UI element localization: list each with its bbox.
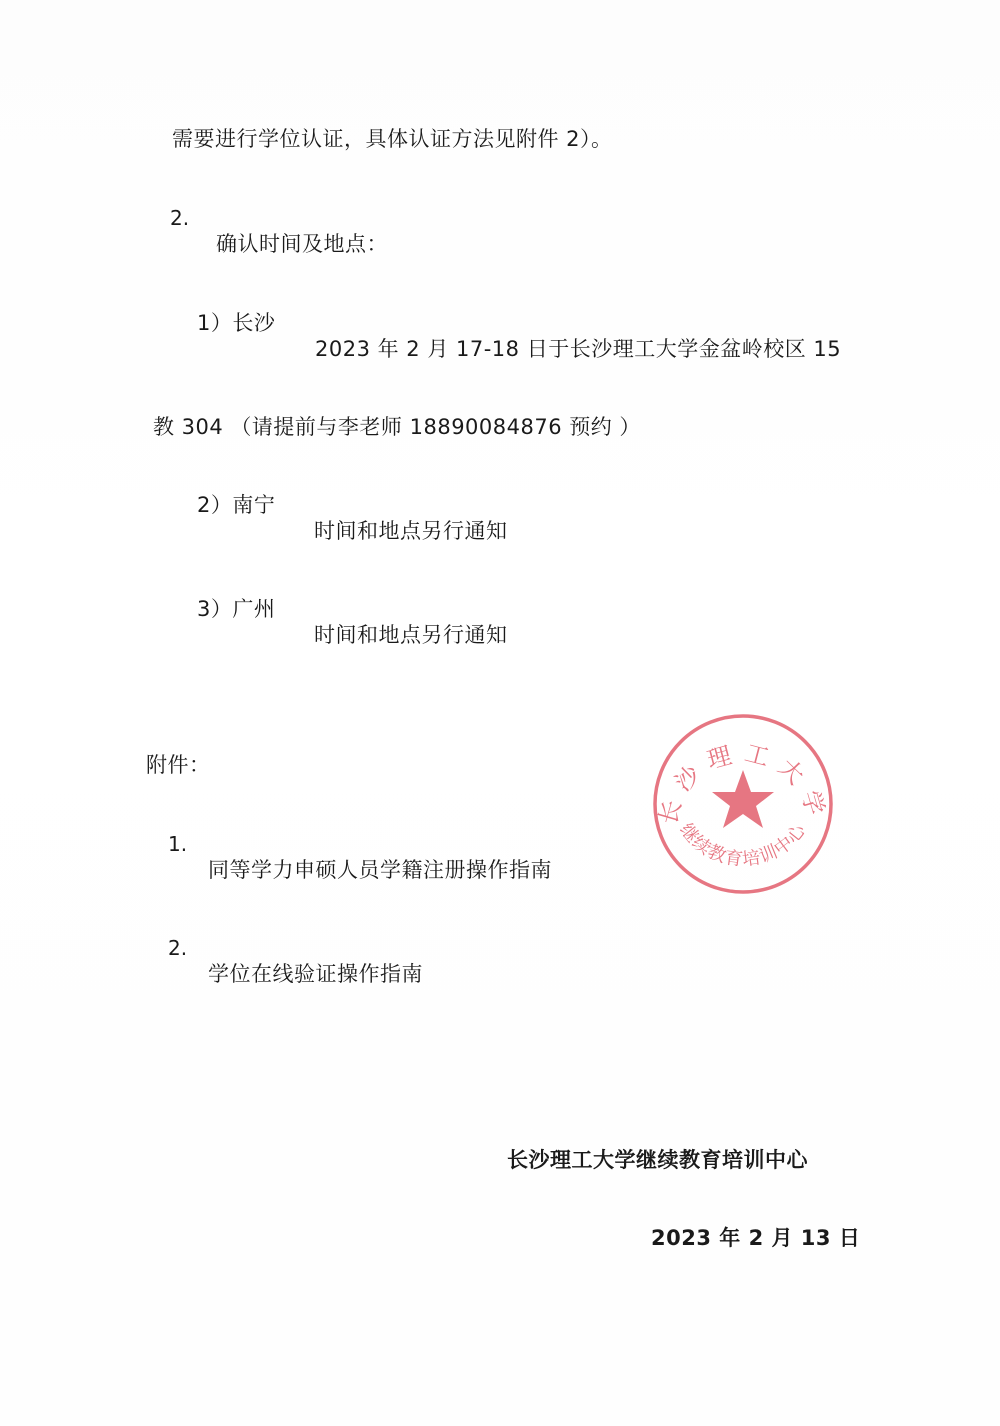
section-number: 2. bbox=[170, 205, 1000, 231]
document-page: 需要进行学位认证，具体认证方法见附件 2）。 2. 确认时间及地点： 1）长沙 … bbox=[0, 0, 1000, 1426]
location-index: 3） bbox=[197, 597, 232, 621]
attachment-title: 学位在线验证操作指南 bbox=[208, 961, 1000, 987]
section-title: 确认时间及地点： bbox=[216, 231, 1000, 257]
location-item-changsha: 1）长沙 bbox=[197, 310, 1000, 336]
location-detail: 时间和地点另行通知 bbox=[314, 622, 1000, 648]
location-item-nanning: 2）南宁 bbox=[197, 492, 1000, 518]
location-detail: 时间和地点另行通知 bbox=[314, 518, 1000, 544]
location-detail-continued: 教 304 （请提前与李老师 18890084876 预约 ） bbox=[153, 414, 1000, 440]
location-item-guangzhou: 3）广州 bbox=[197, 596, 1000, 622]
attachments-heading: 附件： bbox=[146, 752, 1000, 778]
location-index: 1） bbox=[197, 311, 232, 335]
location-detail: 2023 年 2 月 17-18 日于长沙理工大学金盆岭校区 15 bbox=[315, 336, 1000, 362]
signature-organization: 长沙理工大学继续教育培训中心 bbox=[507, 1147, 1000, 1173]
location-city: 长沙 bbox=[232, 311, 275, 335]
location-index: 2） bbox=[197, 493, 232, 517]
location-city: 广州 bbox=[232, 597, 275, 621]
attachment-title: 同等学力申硕人员学籍注册操作指南 bbox=[208, 857, 1000, 883]
star-icon bbox=[712, 770, 774, 828]
attachment-number: 2. bbox=[168, 935, 1000, 961]
signature-date: 2023 年 2 月 13 日 bbox=[651, 1225, 1000, 1251]
location-city: 南宁 bbox=[232, 493, 275, 517]
attachment-number: 1. bbox=[168, 831, 1000, 857]
paragraph-continuation: 需要进行学位认证，具体认证方法见附件 2）。 bbox=[172, 126, 1000, 152]
